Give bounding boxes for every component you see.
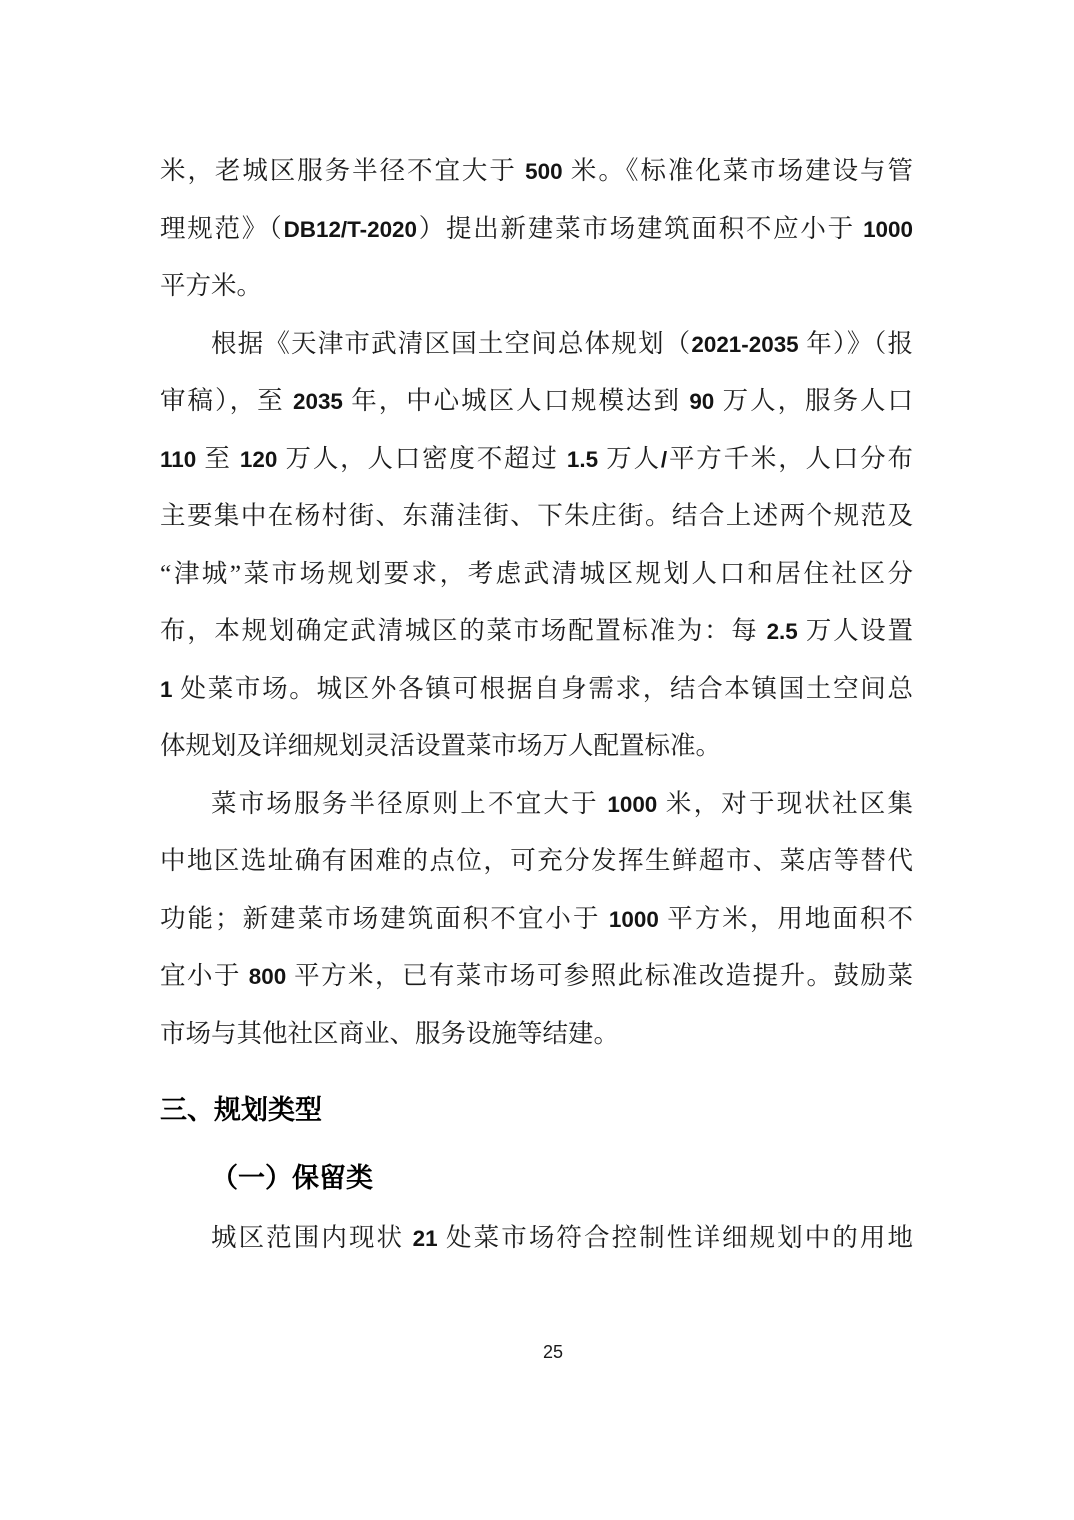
latin-text: 2035 (293, 389, 343, 414)
text-line: 理规范》（DB12/T-2020）提出新建菜市场建筑面积不应小于 1000 (160, 200, 913, 258)
text-line: 菜市场服务半径原则上不宜大于 1000 米，对于现状社区集 (160, 775, 913, 833)
text-line: 110 至 120 万人，人口密度不超过 1.5 万人/平方千米，人口分布 (160, 430, 913, 488)
latin-text: 2.5 (767, 619, 798, 644)
text-line: 根据《天津市武清区国土空间总体规划（2021-2035 年）》（报 (160, 315, 913, 373)
text-line: 布，本规划确定武清城区的菜市场配置标准为：每 2.5 万人设置 (160, 602, 913, 660)
latin-text: 90 (689, 389, 714, 414)
latin-text: 110 (160, 447, 196, 472)
text-line: 功能；新建菜市场建筑面积不宜小于 1000 平方米，用地面积不 (160, 890, 913, 948)
text-line: 平方米。 (160, 257, 913, 315)
text-line: “津城”菜市场规划要求，考虑武清城区规划人口和居住社区分 (160, 545, 913, 603)
text-line: 中地区选址确有困难的点位，可充分发挥生鲜超市、菜店等替代 (160, 832, 913, 890)
latin-text: 1.5 (567, 447, 598, 472)
text-line: 米，老城区服务半径不宜大于 500 米。《标准化菜市场建设与管 (160, 142, 913, 200)
text-line: 城区范围内现状 21 处菜市场符合控制性详细规划中的用地 (160, 1209, 913, 1267)
text-line: 1 处菜市场。城区外各镇可根据自身需求，结合本镇国土空间总 (160, 660, 913, 718)
latin-text: 21 (413, 1226, 438, 1251)
section-heading: 三、规划类型 (160, 1082, 913, 1140)
latin-text: DB12/T-2020 (284, 217, 417, 242)
text-line: 宜小于 800 平方米，已有菜市场可参照此标准改造提升。鼓励菜 (160, 947, 913, 1005)
subsection-heading: （一）保留类 (160, 1150, 913, 1208)
text-line: 体规划及详细规划灵活设置菜市场万人配置标准。 (160, 717, 913, 775)
page-number: 25 (543, 1341, 563, 1363)
latin-text: 1 (160, 677, 172, 702)
text-line: 审稿），至 2035 年，中心城区人口规模达到 90 万人，服务人口 (160, 372, 913, 430)
latin-text: 1000 (863, 217, 913, 242)
text-line: 主要集中在杨村街、东蒲洼街、下朱庄街。结合上述两个规范及 (160, 487, 913, 545)
latin-text: 2021-2035 (691, 332, 798, 357)
document-body: 米，老城区服务半径不宜大于 500 米。《标准化菜市场建设与管理规范》（DB12… (160, 142, 913, 1267)
latin-text: 120 (240, 447, 277, 472)
latin-text: 800 (249, 964, 286, 989)
latin-text: 1000 (607, 792, 657, 817)
document-page: 米，老城区服务半径不宜大于 500 米。《标准化菜市场建设与管理规范》（DB12… (0, 0, 1074, 1520)
latin-text: 1000 (609, 907, 659, 932)
latin-text: 500 (525, 159, 562, 184)
text-line: 市场与其他社区商业、服务设施等结建。 (160, 1005, 913, 1063)
latin-text: / (661, 447, 667, 472)
